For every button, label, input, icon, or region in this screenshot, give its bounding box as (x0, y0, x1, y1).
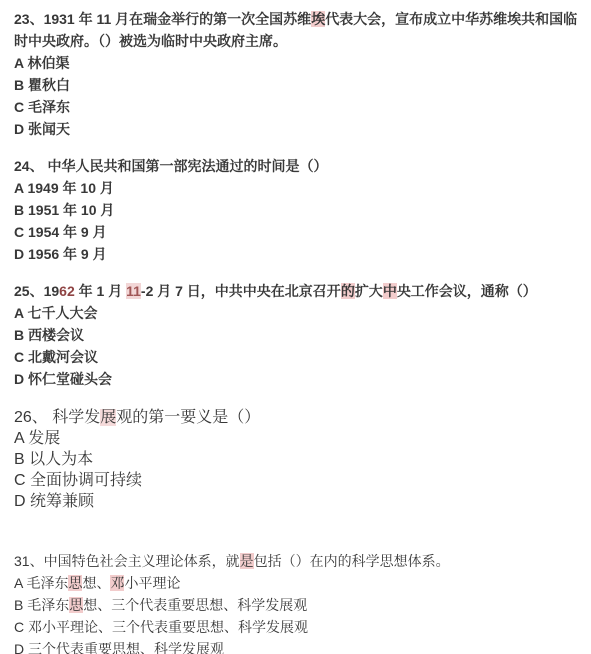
question-block-25: 25、1962 年 1 月 11-2 月 7 日，中共中央在北京召开的扩大中央工… (14, 280, 583, 390)
option-d: D 怀仁堂碰头会 (14, 368, 583, 390)
option-b: B 毛泽东思想、三个代表重要思想、科学发展观 (14, 594, 583, 616)
option-a: A 毛泽东思想、邓小平理论 (14, 572, 583, 594)
option-b: B 以人为本 (14, 449, 583, 470)
question-title-line: 25、1962 年 1 月 11-2 月 7 日，中共中央在北京召开的扩大中央工… (14, 280, 583, 302)
option-a: A 1949 年 10 月 (14, 177, 583, 199)
question-block-31: 31、中国特色社会主义理论体系，就是包括（）在内的科学思想体系。 A 毛泽东思想… (14, 550, 583, 654)
option-c: C 全面协调可持续 (14, 470, 583, 491)
option-b: B 瞿秋白 (14, 74, 583, 96)
option-a: A 七千人大会 (14, 302, 583, 324)
question-title-line: 24、 中华人民共和国第一部宪法通过的时间是（） (14, 155, 583, 177)
option-a: A 林伯渠 (14, 52, 583, 74)
question-block-26: 26、 科学发展观的第一要义是（） A 发展 B 以人为本 C 全面协调可持续 … (14, 407, 583, 512)
question-title-line: 时中央政府。（）被选为临时中央政府主席。 (14, 30, 583, 52)
option-c: C 邓小平理论、三个代表重要思想、科学发展观 (14, 616, 583, 638)
option-c: C 北戴河会议 (14, 346, 583, 368)
option-d: D 统筹兼顾 (14, 491, 583, 512)
question-title-line: 23、1931 年 11 月在瑞金举行的第一次全国苏维埃代表大会，宣布成立中华苏… (14, 8, 583, 30)
question-title-line: 26、 科学发展观的第一要义是（） (14, 407, 583, 428)
option-a: A 发展 (14, 428, 583, 449)
question-block-23: 23、1931 年 11 月在瑞金举行的第一次全国苏维埃代表大会，宣布成立中华苏… (14, 8, 583, 140)
option-d: D 三个代表重要思想、科学发展观 (14, 638, 583, 654)
option-c: C 1954 年 9 月 (14, 221, 583, 243)
question-title-line: 31、中国特色社会主义理论体系，就是包括（）在内的科学思想体系。 (14, 550, 583, 572)
option-b: B 1951 年 10 月 (14, 199, 583, 221)
option-d: D 张闻天 (14, 118, 583, 140)
question-block-24: 24、 中华人民共和国第一部宪法通过的时间是（） A 1949 年 10 月 B… (14, 155, 583, 265)
option-b: B 西楼会议 (14, 324, 583, 346)
option-c: C 毛泽东 (14, 96, 583, 118)
option-d: D 1956 年 9 月 (14, 243, 583, 265)
